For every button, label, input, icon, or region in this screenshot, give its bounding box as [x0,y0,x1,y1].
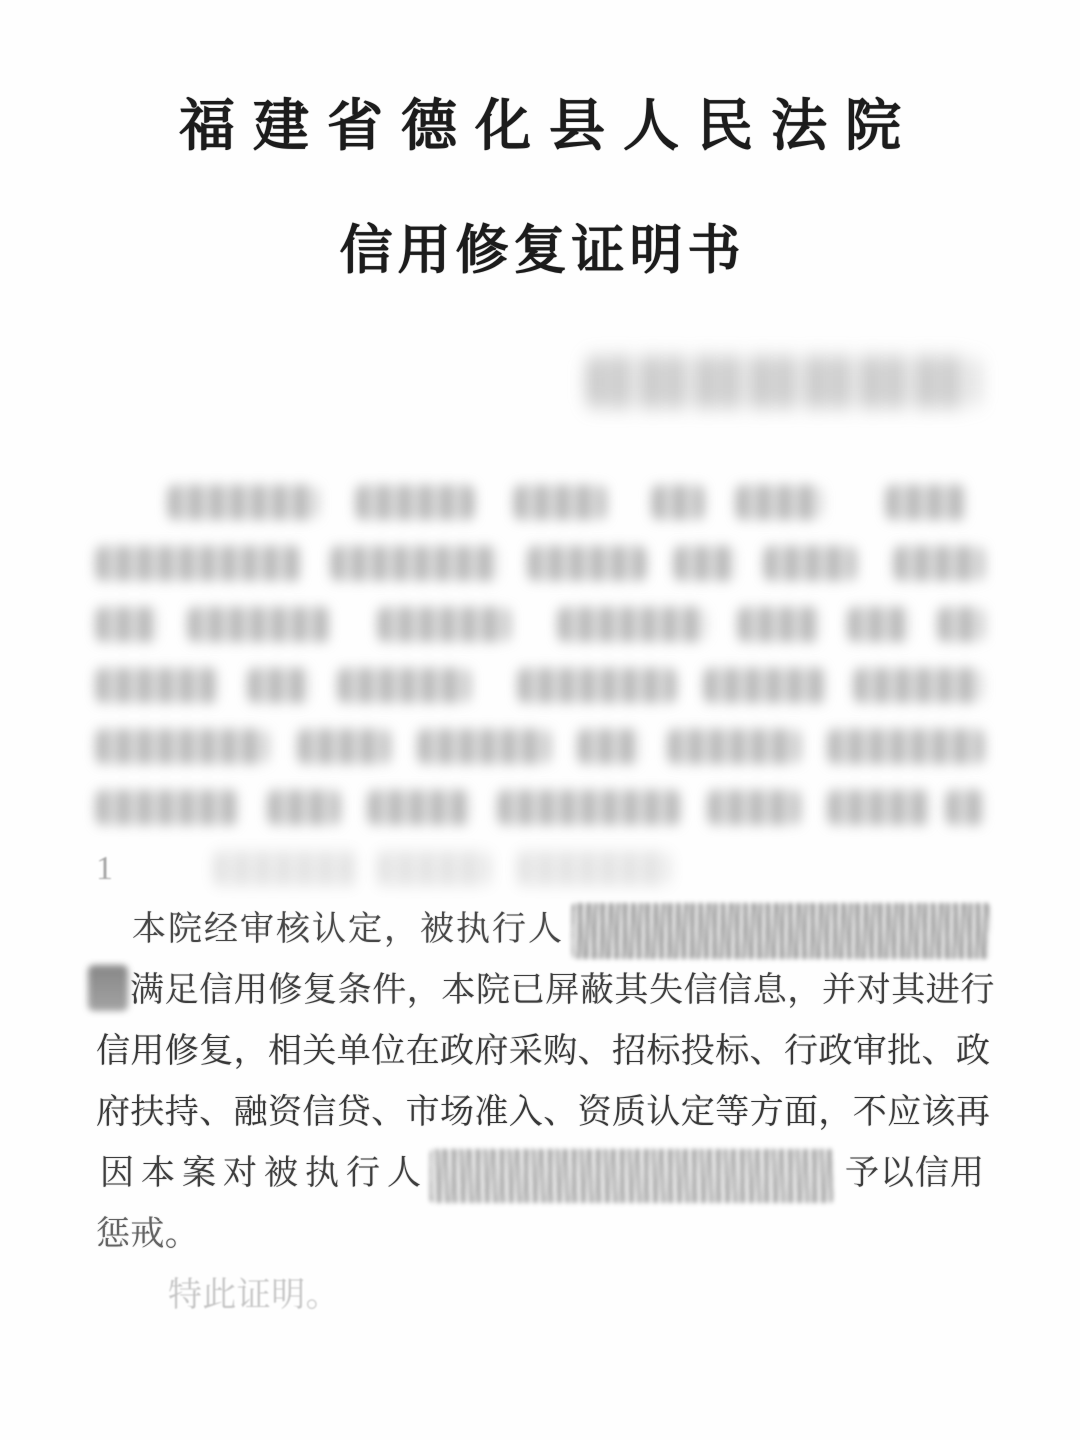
case-number-redacted [588,356,978,408]
redacted-text-blob [886,485,966,520]
paragraph-text: 本院经审核认定，被执行人 [132,899,564,960]
redacted-text-blob [652,485,704,520]
redacted-character [88,965,128,1011]
court-name: 福建省德化县人民法院 [0,82,1080,162]
redacted-text-blob [938,607,984,642]
redacted-text-blob [518,851,670,886]
redacted-text-blob [338,668,470,703]
paragraph-line-4: 府扶持、融资信贷、市场准入、资质认定等方面，不应该再 [96,1082,990,1143]
redacted-text-blob [268,790,340,825]
redacted-text-blob [894,546,984,581]
redacted-text-blob [674,546,736,581]
redacted-text-blob [498,790,680,825]
redacted-text-blob [96,729,268,764]
paragraph-text: 因本案对被执行人 [100,1143,428,1204]
redacted-line [96,777,990,838]
redacted-text-blob [96,668,218,703]
document-title: 信用修复证明书 [0,208,1080,284]
redacted-name-2 [430,1149,833,1203]
redacted-text-blob [248,668,310,703]
redacted-text-blob [96,790,238,825]
redacted-line [96,533,990,594]
document-page: 福建省德化县人民法院 信用修复证明书 1 本院经审核认定，被执行人 满足信用修复… [0,0,1080,1440]
redacted-text-blob [418,729,550,764]
redacted-text-blob [378,607,510,642]
paragraph-line-5: 因本案对被执行人 予以信用 [96,1143,990,1204]
redacted-text-blob [828,790,930,825]
redacted-text-blob [96,607,158,642]
redacted-text-blob [356,485,474,520]
redacted-text-blob [946,790,984,825]
paragraph-text: 予以信用 [845,1143,985,1204]
redacted-text-blob [214,851,356,886]
redacted-text-blob [378,851,490,886]
redacted-text-blob [738,607,820,642]
redacted-line [96,594,990,655]
redacted-paragraph: 1 [96,472,990,899]
redacted-text-blob [764,546,856,581]
paragraph-line-3: 信用修复，相关单位在政府采购、招标投标、行政审批、政 [96,1021,990,1082]
redacted-text-blob [368,790,470,825]
redacted-text-blob [828,729,984,764]
redacted-text-blob [514,485,606,520]
redacted-text-blob [331,546,499,581]
paragraph-line-intro: 本院经审核认定，被执行人 [96,899,990,960]
paragraph-text: 满足信用修复条件，本院已屏蔽其失信信息，并对其进行 [130,972,995,1009]
redacted-text-blob [298,729,390,764]
redacted-text-blob [578,729,640,764]
redacted-line: 1 [96,838,990,899]
redacted-text-blob [848,607,910,642]
redacted-line [96,655,990,716]
redacted-text-blob [168,485,318,520]
redacted-text-blob [704,668,826,703]
redacted-text-blob [708,790,800,825]
redacted-text-blob [736,485,822,520]
redacted-text-blob [668,729,800,764]
closing-statement: 特此证明。 [96,1265,990,1326]
redacted-line [96,472,990,533]
redacted-line [96,716,990,777]
redacted-text-blob [558,607,706,642]
redacted-text-blob [188,607,330,642]
redacted-name-1 [572,903,990,959]
faint-digit: 1 [96,849,113,889]
redacted-text-blob [528,546,646,581]
paragraph-line-6: 惩戒。 [96,1204,990,1265]
document-body: 1 本院经审核认定，被执行人 满足信用修复条件，本院已屏蔽其失信信息，并对其进行… [96,472,990,1326]
redacted-text-blob [854,668,982,703]
paragraph-line-2: 满足信用修复条件，本院已屏蔽其失信信息，并对其进行 [96,960,990,1021]
redacted-text-blob [96,546,301,581]
redacted-text-blob [518,668,676,703]
